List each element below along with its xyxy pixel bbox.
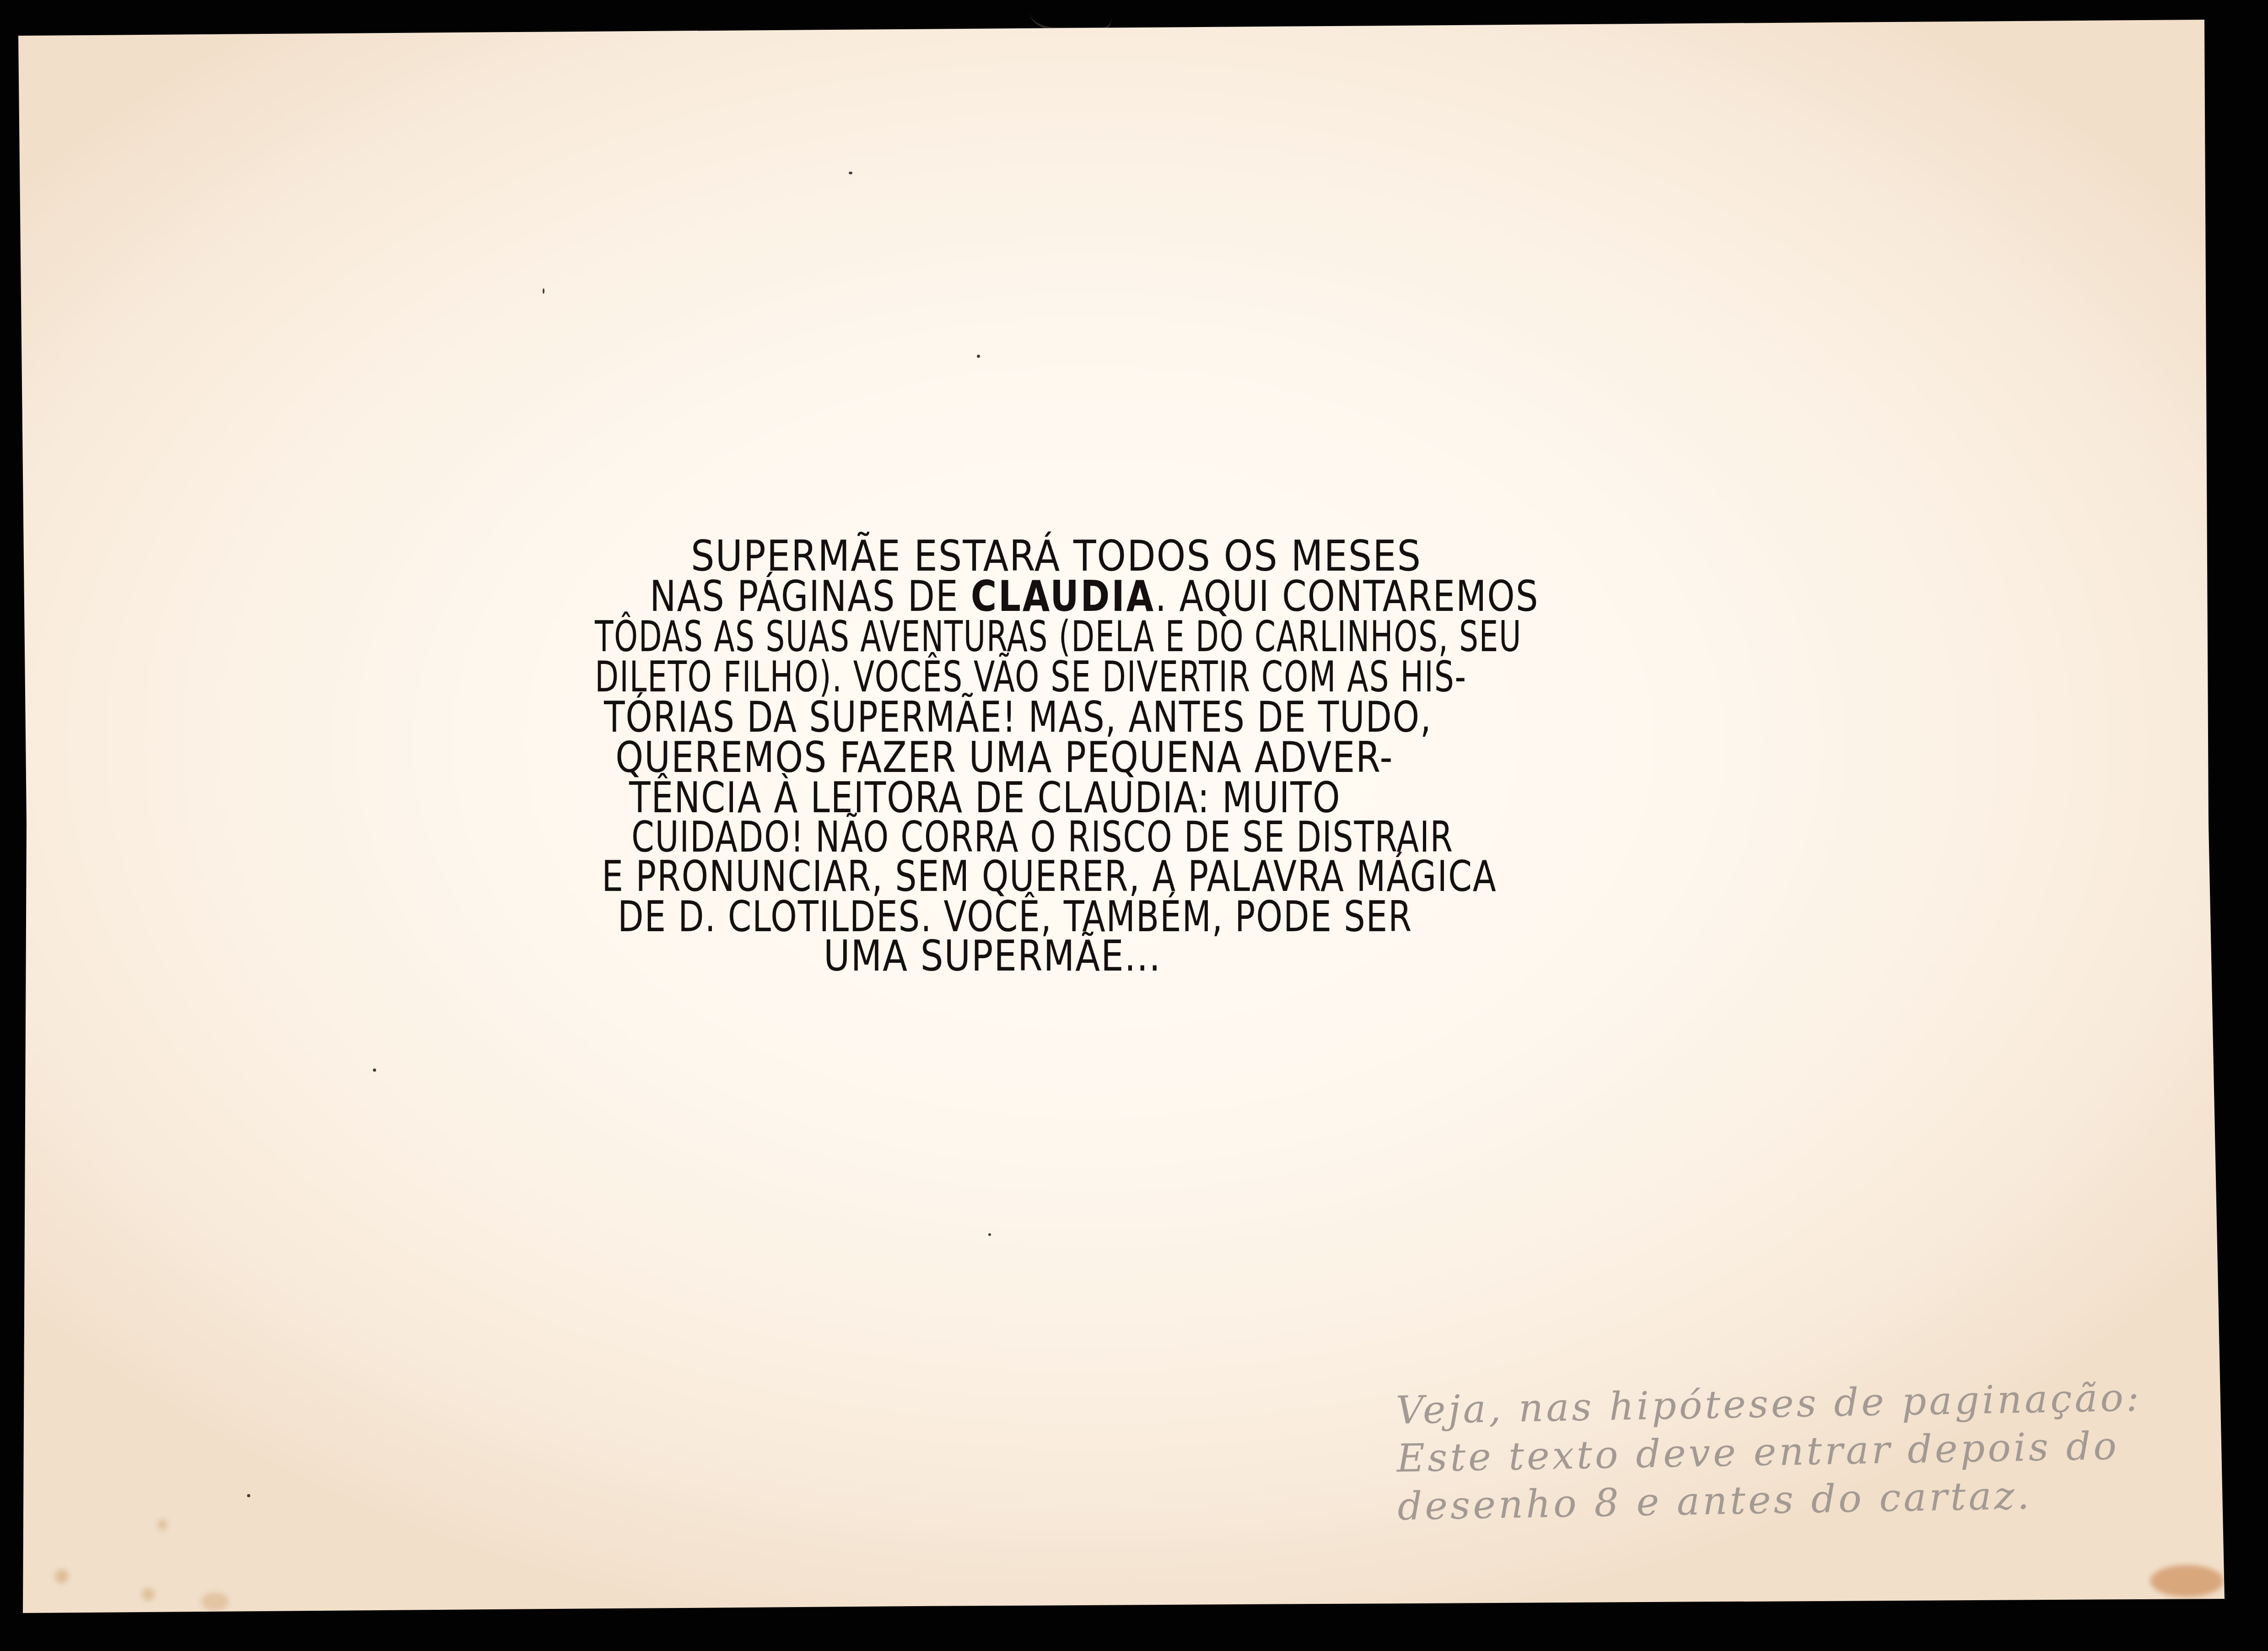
text-line-6: QUEREMOS FAZER UMA PEQUENA ADVER- bbox=[615, 737, 1393, 779]
text-line-9: E PRONUNCIAR, SEM QUERER, A PALAVRA MÁGI… bbox=[602, 856, 1497, 898]
text-line-5: TÓRIAS DA SUPERMÃE! MAS, ANTES DE TUDO, bbox=[604, 696, 1432, 739]
text-line-2: NAS PÁGINAS DE CLAUDIA. AQUI CONTAREMOS bbox=[650, 576, 1539, 618]
text-line-3: TÔDAS AS SUAS AVENTURAS (DELA E DO CARLI… bbox=[595, 616, 1522, 658]
pencil-annotation: Veja, nas hipóteses de paginação: Este t… bbox=[1395, 1374, 2093, 1530]
text-line-4: DILETO FILHO). VOCÊS VÃO SE DIVERTIR COM… bbox=[595, 656, 1467, 698]
text-line-11: UMA SUPERMÃE... bbox=[824, 935, 1161, 977]
text-line-1: SUPERMÃE ESTARÁ TODOS OS MESES bbox=[691, 535, 1422, 577]
